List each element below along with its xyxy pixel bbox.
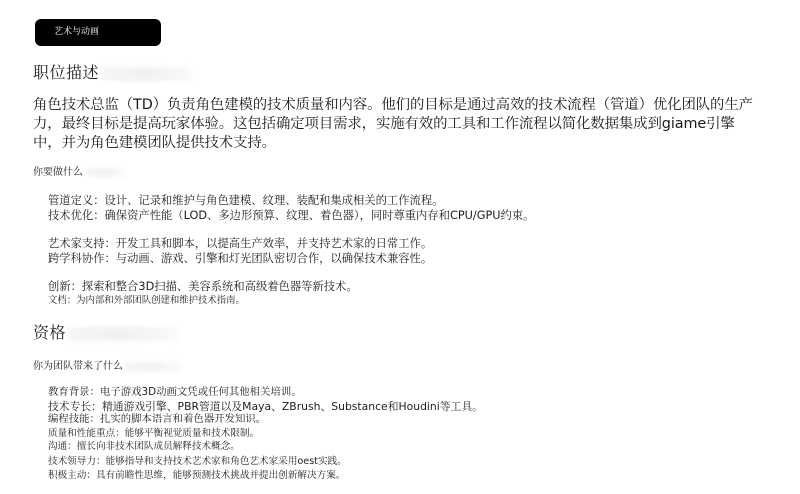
- item-label: 文档：: [48, 295, 76, 306]
- what-you-do-title: 你要做什么: [33, 167, 83, 178]
- item-text: 开发工具和脚本，以提高生产效率，并支持艺术家的日常工作。: [116, 237, 432, 250]
- item-text: 具有前瞻性思维，能够预测技术挑战并提出创新解决方案。: [96, 470, 345, 481]
- item-text: 为内部和外部团队创建和维护技术指南。: [76, 295, 245, 306]
- list-item: 教育背景：电子游戏3D动画文凭或任何其他相关培训。: [48, 386, 483, 400]
- item-label: 质量和性能重点：: [48, 428, 125, 439]
- what-you-bring-heading: 你为团队带来了什么: [33, 360, 180, 374]
- blurred-region: [125, 362, 180, 371]
- item-label: 编程技能：: [48, 413, 100, 425]
- list-item: 技术优化：确保资产性能（LOD、多边形预算、纹理、着色器），同时尊重内存和CPU…: [48, 208, 534, 223]
- list-item: 质量和性能重点：能够平衡视觉质量和技术限制。: [48, 427, 483, 440]
- blurred-region: [68, 327, 178, 341]
- item-text: 确保资产性能（LOD、多边形预算、纹理、着色器），同时尊重内存和CPU/GPU约…: [105, 209, 535, 222]
- list-item: 编程技能：扎实的脚本语言和着色器开发知识。: [48, 413, 483, 427]
- item-label: 技术优化：: [48, 209, 105, 222]
- job-description-title: 职位描述: [33, 63, 99, 82]
- what-you-do-heading: 你要做什么: [33, 166, 125, 180]
- item-text: 电子游戏3D动画文凭或任何其他相关培训。: [100, 386, 302, 398]
- item-label: 创新：: [48, 280, 82, 293]
- item-label: 技术领导力：: [48, 456, 106, 467]
- item-text: 精通游戏引擎、PBR管道以及Maya、ZBrush、Substance和Houd…: [102, 400, 483, 413]
- item-label: 积极主动：: [48, 470, 96, 481]
- list-item: 积极主动：具有前瞻性思维，能够预测技术挑战并提出创新解决方案。: [48, 469, 483, 482]
- item-text: 探索和整合3D扫描、美容系统和高级着色器等新技术。: [82, 280, 358, 293]
- list-item: 管道定义：设计、记录和维护与角色建模、纹理、装配和集成相关的工作流程。: [48, 193, 534, 208]
- item-label: 技术专长：: [48, 400, 102, 413]
- item-text: 与动画、游戏、引擎和灯光团队密切合作，以确保技术兼容性。: [116, 252, 432, 265]
- list-item: 技术专长：精通游戏引擎、PBR管道以及Maya、ZBrush、Substance…: [48, 400, 483, 414]
- item-label: 艺术家支持：: [48, 237, 116, 250]
- list-item: 艺术家支持：开发工具和脚本，以提高生产效率，并支持艺术家的日常工作。: [48, 236, 432, 251]
- list-item: 沟通：擅长向非技术团队成员解释技术概念。: [48, 440, 483, 453]
- item-text: 能够指导和支持技术艺术家和角色艺术家采用oest实践。: [106, 456, 347, 467]
- category-pill-art-animation[interactable]: 艺术与动画: [35, 19, 161, 46]
- item-text: 擅长向非技术团队成员解释技术概念。: [77, 441, 240, 452]
- list-item: 创新：探索和整合3D扫描、美容系统和高级着色器等新技术。: [48, 279, 358, 294]
- list-item: 技术领导力：能够指导和支持技术艺术家和角色艺术家采用oest实践。: [48, 455, 483, 469]
- list-item: 文档：为内部和外部团队创建和维护技术指南。: [48, 294, 358, 307]
- item-label: 沟通：: [48, 441, 77, 452]
- item-label: 管道定义：: [48, 194, 105, 207]
- section-heading-job-description: 职位描述: [33, 63, 191, 83]
- list-item: 跨学科协作：与动画、游戏、引擎和灯光团队密切合作，以确保技术兼容性。: [48, 251, 432, 266]
- qualifications-title: 资格: [33, 323, 66, 342]
- job-description-intro: 角色技术总监（TD）负责角色建模的技术质量和内容。他们的目标是通过高效的技术流程…: [33, 96, 763, 153]
- item-text: 扎实的脚本语言和着色器开发知识。: [100, 413, 266, 425]
- blurred-region: [101, 67, 191, 81]
- section-heading-qualifications: 资格: [33, 323, 178, 343]
- category-pill-label: 艺术与动画: [54, 27, 99, 37]
- item-label: 跨学科协作：: [48, 252, 116, 265]
- responsibilities-group-2: 艺术家支持：开发工具和脚本，以提高生产效率，并支持艺术家的日常工作。 跨学科协作…: [48, 236, 432, 266]
- qualifications-list: 教育背景：电子游戏3D动画文凭或任何其他相关培训。 技术专长：精通游戏引擎、PB…: [48, 386, 483, 482]
- responsibilities-group-1: 管道定义：设计、记录和维护与角色建模、纹理、装配和集成相关的工作流程。 技术优化…: [48, 193, 534, 223]
- responsibilities-group-3: 创新：探索和整合3D扫描、美容系统和高级着色器等新技术。 文档：为内部和外部团队…: [48, 279, 358, 307]
- item-label: 教育背景：: [48, 386, 100, 398]
- blurred-region: [85, 168, 125, 177]
- item-text: 设计、记录和维护与角色建模、纹理、装配和集成相关的工作流程。: [105, 194, 444, 207]
- what-you-bring-title: 你为团队带来了什么: [33, 361, 123, 372]
- item-text: 能够平衡视觉质量和技术限制。: [125, 428, 259, 439]
